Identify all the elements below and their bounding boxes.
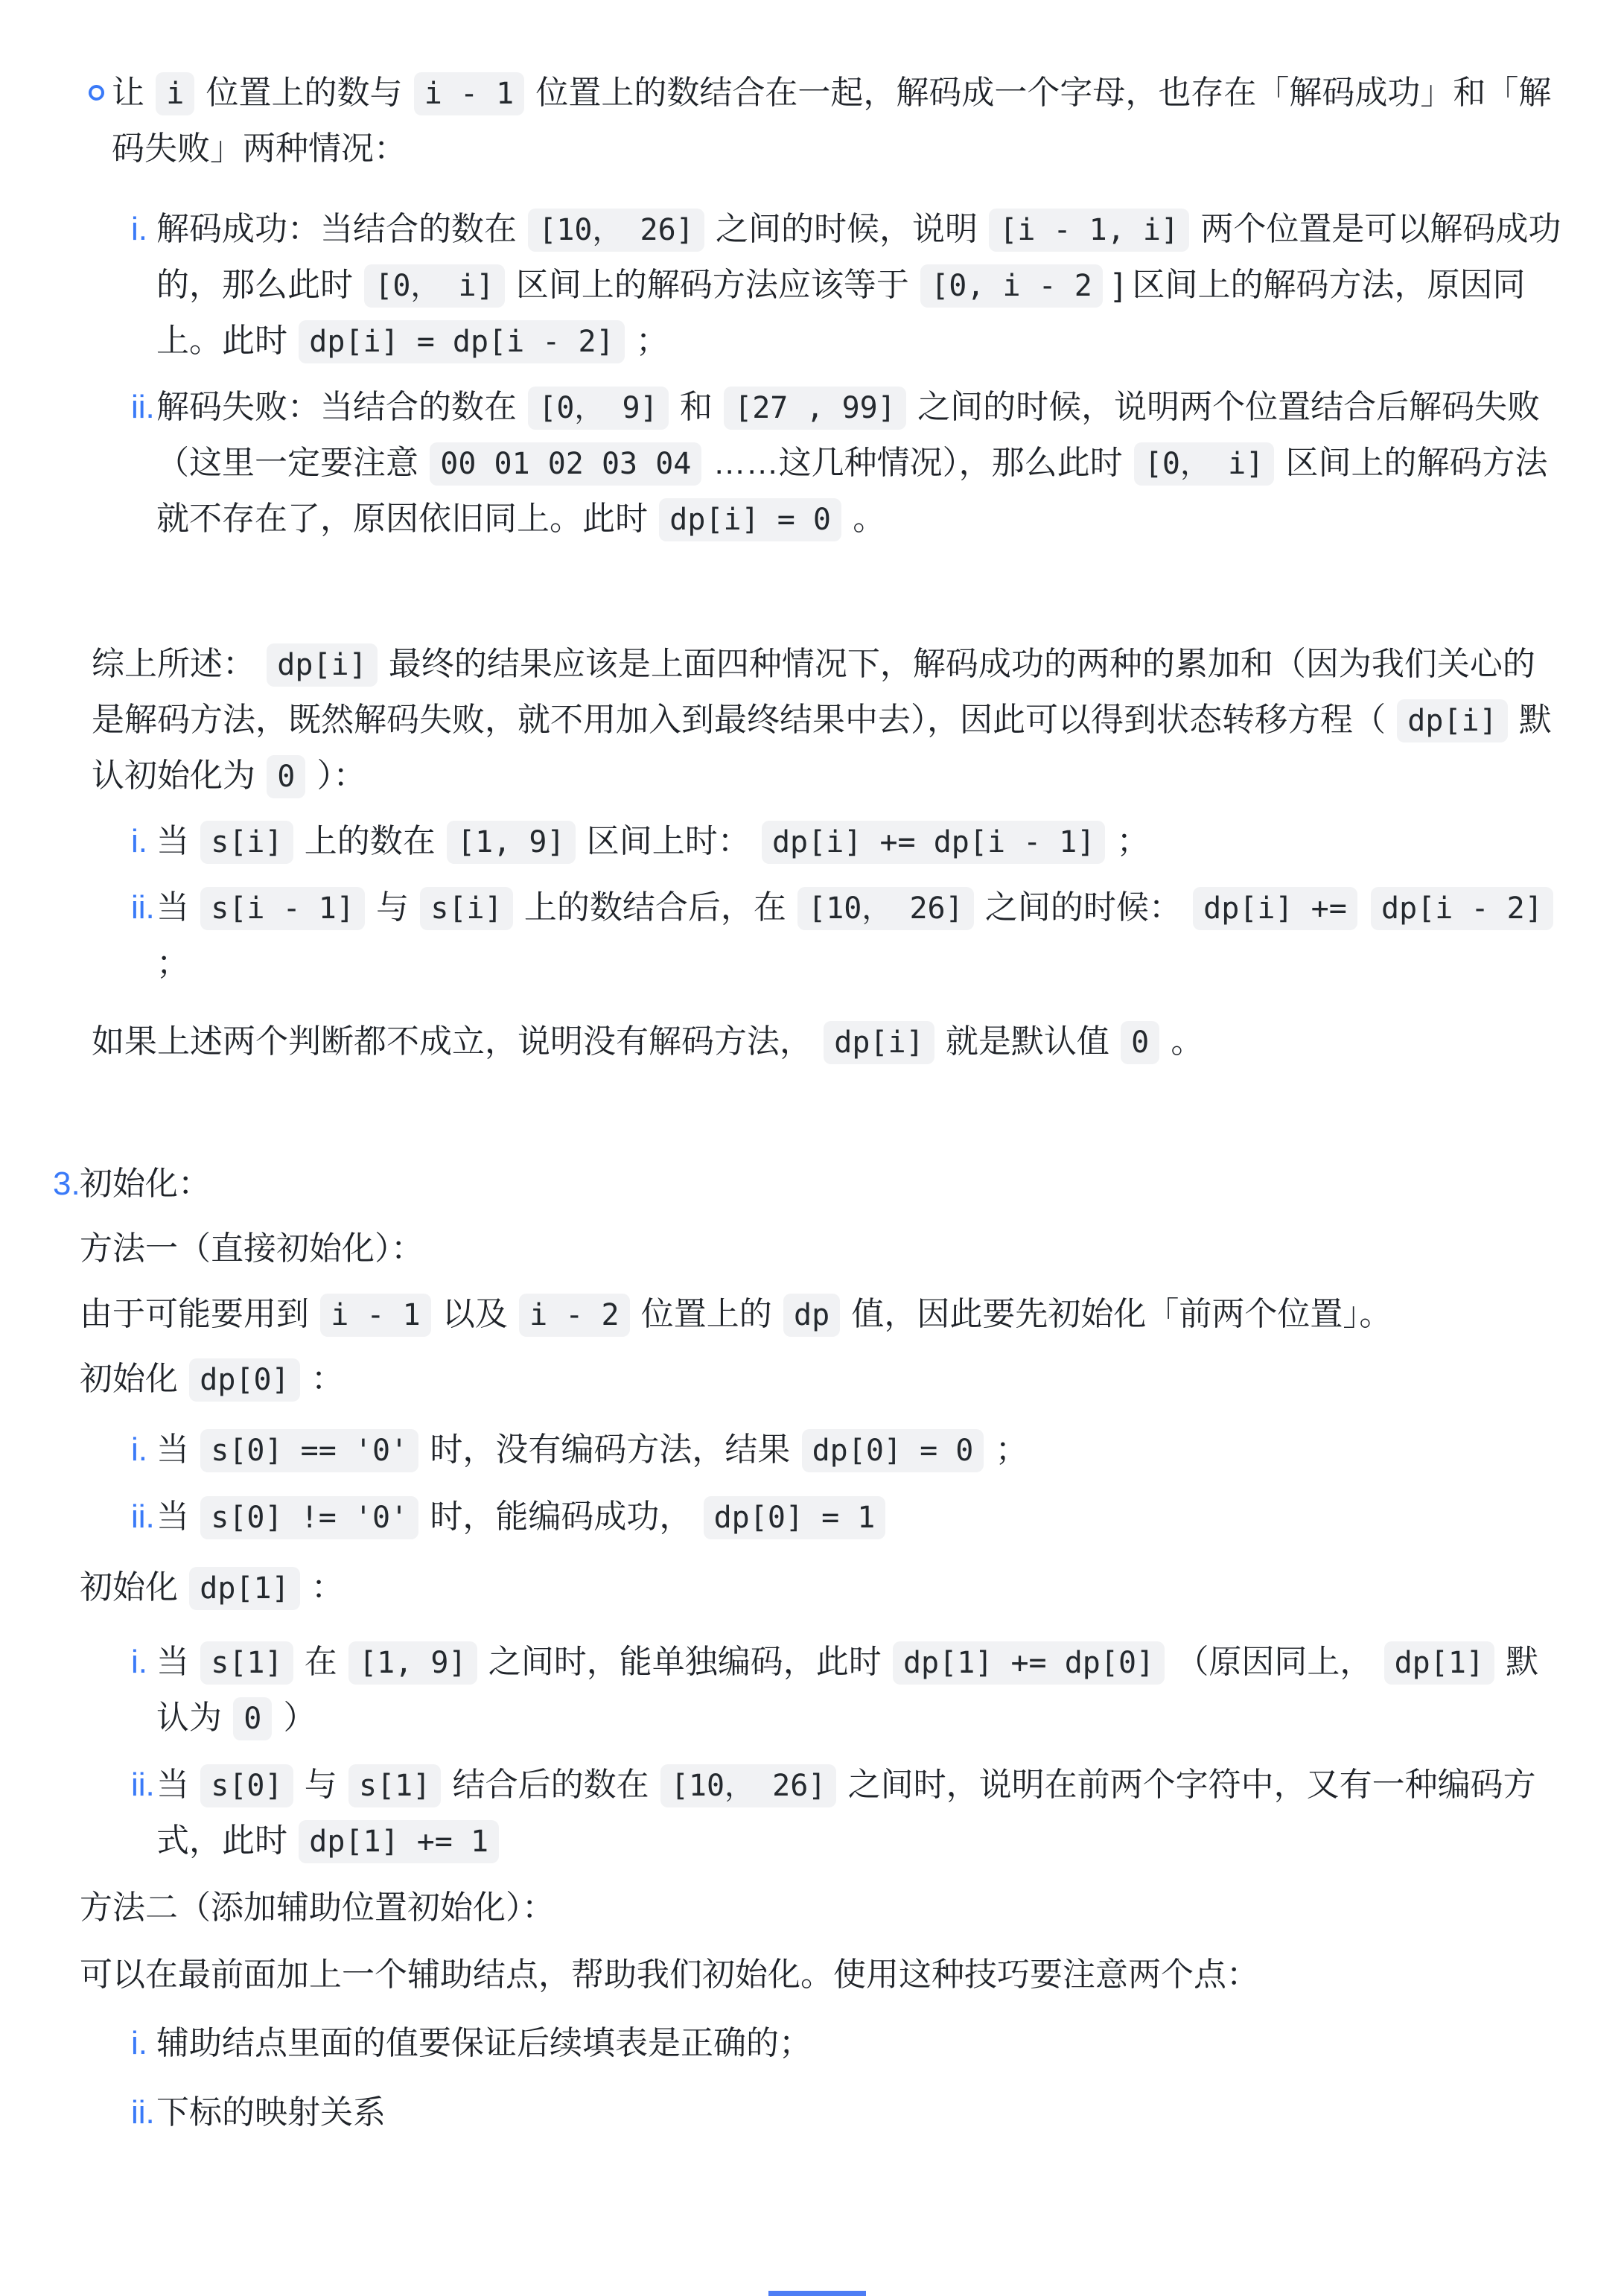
inline-code: s[0] (200, 1764, 293, 1807)
inline-code: dp[1] += 1 (299, 1820, 499, 1863)
inline-code: [10， 26] (797, 887, 974, 930)
helper-note-2-item: ii. 下标的映射关系 (0, 2084, 1567, 2140)
method-2-heading-text: 方法二（添加辅助位置初始化）： (80, 1889, 555, 1926)
roman-marker: ii. (131, 880, 155, 935)
bottom-peek-bar (768, 2291, 866, 2296)
section-3-initialization: 3. 初始化： (0, 1156, 1567, 1212)
inline-code: i - 1 (320, 1294, 430, 1337)
dp0-case-2-item: ii. 当 s[0] != '0' 时，能编码成功， dp[0] = 1 (0, 1489, 1567, 1545)
inline-code: [27 , 99] (724, 387, 906, 430)
bullet-circle-icon (89, 85, 104, 101)
transition-rule-1-item: i. 当 s[i] 上的数在 [1, 9] 区间上时： dp[i] += dp[… (0, 813, 1567, 869)
roman-marker: i. (131, 813, 147, 869)
inline-code: 0 (1121, 1021, 1159, 1064)
inline-code: [1, 9] (447, 821, 576, 864)
helper-note-2-text: 下标的映射关系 (156, 2094, 386, 2131)
roman-marker: ii. (131, 2084, 155, 2140)
no-decode-paragraph-text: 如果上述两个判断都不成立，说明没有解码方法， dp[i] 就是默认值 0 。 (92, 1023, 1203, 1060)
inline-code: i (156, 72, 194, 115)
need-prev-positions-text: 由于可能要用到 i - 1 以及 i - 2 位置上的 dp 值，因此要先初始化… (80, 1296, 1392, 1332)
roman-marker: ii. (131, 379, 155, 435)
roman-marker: i. (131, 1422, 147, 1478)
inline-code: dp[i] = 0 (659, 498, 841, 541)
combine-decode-bullet: 让 i 位置上的数与 i - 1 位置上的数结合在一起，解码成一个字母，也存在「… (0, 65, 1567, 177)
method-1-heading-text: 方法一（直接初始化）： (80, 1230, 424, 1267)
helper-note-1-text: 辅助结点里面的值要保证后续填表是正确的； (156, 2025, 812, 2061)
init-dp1-text: 初始化 dp[1] ： (80, 1569, 344, 1606)
solution-article: 让 i 位置上的数与 i - 1 位置上的数结合在一起，解码成一个字母，也存在「… (0, 0, 1624, 2291)
roman-marker: i. (131, 201, 147, 257)
inline-code: dp[1] (189, 1567, 299, 1610)
method-2-heading-paragraph: 方法二（添加辅助位置初始化）： (0, 1880, 1567, 1936)
roman-marker: i. (131, 1634, 147, 1690)
dp1-case-1-text: 当 s[1] 在 [1, 9] 之间时，能单独编码，此时 dp[1] += dp… (156, 1644, 1538, 1736)
inline-code: i - 2 (519, 1294, 629, 1337)
inline-code: dp[i - 2] (1371, 887, 1553, 930)
init-dp0-paragraph: 初始化 dp[0] ： (0, 1351, 1567, 1407)
helper-node-intro-paragraph: 可以在最前面加上一个辅助结点，帮助我们初始化。使用这种技巧要注意两个点： (0, 1947, 1567, 2003)
inline-code: i - 1 (414, 72, 524, 115)
helper-node-intro-text: 可以在最前面加上一个辅助结点，帮助我们初始化。使用这种技巧要注意两个点： (80, 1956, 1259, 1993)
roman-marker: ii. (131, 1489, 155, 1545)
inline-code: dp[i] += (1193, 887, 1357, 930)
dp0-case-2-text: 当 s[0] != '0' 时，能编码成功， dp[0] = 1 (156, 1498, 888, 1535)
inline-code: dp[i] = dp[i - 2] (299, 320, 624, 363)
inline-code: dp[0] = 0 (802, 1429, 984, 1472)
inline-code: dp[1] (1384, 1641, 1494, 1685)
inline-code: [10， 26] (660, 1764, 837, 1807)
decode-success-item-text: 解码成功：当结合的数在 [10， 26] 之间的时候，说明 [i - 1, i]… (156, 211, 1561, 359)
inline-code: dp[0] = 1 (704, 1496, 886, 1539)
helper-note-1-item: i. 辅助结点里面的值要保证后续填表是正确的； (0, 2015, 1567, 2071)
no-decode-paragraph: 如果上述两个判断都不成立，说明没有解码方法， dp[i] 就是默认值 0 。 (0, 1014, 1567, 1069)
inline-code: 00 01 02 03 04 (430, 442, 701, 486)
inline-code: [10， 26] (528, 209, 704, 252)
method-1-heading-paragraph: 方法一（直接初始化）： (0, 1221, 1567, 1276)
inline-code: dp (783, 1294, 840, 1337)
inline-code: [0， i] (1134, 442, 1274, 486)
inline-code: [0, i - 2 (920, 264, 1103, 308)
inline-code: dp[0] (189, 1358, 299, 1402)
inline-code: s[i] (420, 887, 512, 930)
transition-rule-2-text: 当 s[i - 1] 与 s[i] 上的数结合后，在 [10， 26] 之间的时… (156, 889, 1555, 982)
need-prev-positions-paragraph: 由于可能要用到 i - 1 以及 i - 2 位置上的 dp 值，因此要先初始化… (0, 1286, 1567, 1342)
init-dp0-text: 初始化 dp[0] ： (80, 1361, 344, 1397)
inline-code: [0， 9] (528, 387, 668, 430)
transition-rule-2-item: ii. 当 s[i - 1] 与 s[i] 上的数结合后，在 [10， 26] … (0, 880, 1567, 991)
inline-code: dp[i] (824, 1021, 934, 1064)
inline-code: 0 (267, 755, 305, 798)
inline-code: dp[1] += dp[0] (893, 1641, 1165, 1685)
inline-code: s[1] (200, 1641, 293, 1685)
dp1-case-1-item: i. 当 s[1] 在 [1, 9] 之间时，能单独编码，此时 dp[1] +=… (0, 1634, 1567, 1746)
inline-code: dp[i] (1397, 699, 1507, 742)
inline-code: [0， i] (364, 264, 504, 308)
inline-code: [i - 1, i] (989, 209, 1189, 252)
transition-rule-1-text: 当 s[i] 上的数在 [1, 9] 区间上时： dp[i] += dp[i -… (156, 823, 1150, 859)
init-dp1-paragraph: 初始化 dp[1] ： (0, 1559, 1567, 1615)
inline-code: s[0] == '0' (200, 1429, 418, 1472)
dp1-case-2-item: ii. 当 s[0] 与 s[1] 结合后的数在 [10， 26] 之间时，说明… (0, 1757, 1567, 1869)
dp0-case-1-text: 当 s[0] == '0' 时，没有编码方法，结果 dp[0] = 0 ； (156, 1431, 1028, 1468)
inline-code: dp[i] (267, 643, 377, 687)
decode-success-item: i. 解码成功：当结合的数在 [10， 26] 之间的时候，说明 [i - 1,… (0, 201, 1567, 369)
dp1-case-2-text: 当 s[0] 与 s[1] 结合后的数在 [10， 26] 之间时，说明在前两个… (156, 1766, 1536, 1859)
dp0-case-1-item: i. 当 s[0] == '0' 时，没有编码方法，结果 dp[0] = 0 ； (0, 1422, 1567, 1478)
roman-marker: ii. (131, 1757, 155, 1813)
inline-code: s[1] (348, 1764, 441, 1807)
decode-fail-item: ii. 解码失败：当结合的数在 [0， 9] 和 [27 , 99] 之间的时候… (0, 379, 1567, 547)
combine-decode-bullet-text: 让 i 位置上的数与 i - 1 位置上的数结合在一起，解码成一个字母，也存在「… (112, 74, 1551, 167)
roman-marker: i. (131, 2015, 147, 2071)
summary-paragraph-text: 综上所述： dp[i] 最终的结果应该是上面四种情况下，解码成功的两种的累加和（… (92, 646, 1552, 794)
inline-code: s[i] (200, 821, 293, 864)
ordered-marker-3: 3. (53, 1156, 80, 1212)
inline-code: dp[i] += dp[i - 1] (762, 821, 1105, 864)
section-3-title-text: 初始化： (80, 1166, 211, 1202)
inline-code: 0 (233, 1697, 272, 1740)
inline-code: s[0] != '0' (200, 1496, 418, 1539)
inline-code: s[i - 1] (200, 887, 365, 930)
decode-fail-item-text: 解码失败：当结合的数在 [0， 9] 和 [27 , 99] 之间的时候，说明两… (156, 389, 1548, 537)
inline-code: [1, 9] (348, 1641, 477, 1685)
summary-paragraph: 综上所述： dp[i] 最终的结果应该是上面四种情况下，解码成功的两种的累加和（… (0, 636, 1567, 804)
